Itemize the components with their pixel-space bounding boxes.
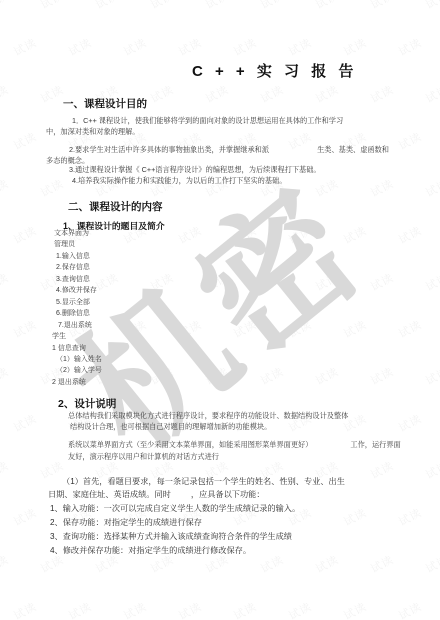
section1-heading: 一、课程设计目的	[63, 96, 147, 111]
menu-line: 2 退出系统	[52, 377, 102, 388]
paragraph-line: 2.要求学生对生活中许多具体的事物抽象出类，并掌握继承和派生类、基类、虚函数和	[69, 145, 389, 155]
paragraph-line: （1）首先，看题目要求，每一条记录包括一个学生的姓名、性别、专业、出生	[62, 476, 345, 487]
menu-line: 5.显示全部	[52, 297, 102, 308]
document-title: C + + 实 习 报 告	[192, 60, 357, 81]
paragraph-line: 3.通过课程设计掌握《 C++语言程序设计》的编程思想，为后续课程打下基础。	[69, 165, 321, 175]
paragraph-segment: ，应具备以下功能：	[191, 490, 265, 499]
paragraph-line: 友好，演示程序以用户和计算机的对话方式进行	[68, 452, 219, 462]
paragraph-line: 1．C++ 课程设计，使我们能够将学到的面向对象的设计思想运用在具体的工作和学习	[72, 116, 343, 126]
menu-line: 管理员	[52, 239, 102, 250]
paragraph-segment: 工作，运行界面	[350, 440, 400, 449]
section2-heading: 二、课程设计的内容	[68, 199, 163, 214]
paragraph-line: 1、输入功能：一次可以完成自定义学生人数的学生成绩记录的输入。	[50, 503, 300, 514]
menu-line: 文本界面为	[52, 228, 102, 239]
menu-line: 1 信息查询	[52, 343, 102, 354]
menu-line: 学生	[52, 331, 102, 342]
menu-line: 6.删除信息	[52, 308, 102, 319]
menu-line: 1.输入信息	[52, 251, 102, 262]
paragraph-segment: 2.要求学生对生活中许多具体的事物抽象出类，并掌握继承和派	[69, 145, 269, 154]
menu-outline: 文本界面为 管理员 1.输入信息 2.保存信息 3.查询信息 4.修改并保存 5…	[52, 228, 102, 388]
paragraph-segment: 日期、家庭住址、英语成绩。同时	[48, 490, 171, 499]
paragraph-segment: 系统以菜单界面方式（至少采用文本菜单界面，如能采用图形菜单界面更好）	[68, 440, 312, 449]
menu-line: （2）输入学号	[52, 365, 102, 376]
paragraph-line: 中，加深对类和对象的理解。	[46, 127, 139, 137]
paragraph-line: 日期、家庭住址、英语成绩。同时，应具备以下功能：	[48, 489, 265, 500]
paragraph-line: 总体结构我们采取模块化方式进行程序设计，要求程序的功能设计、数据结构设计及整体	[68, 411, 348, 421]
paragraph-line: 结构设计合理，也可根据自己对题目的理解增加新的功能模块。	[70, 422, 271, 432]
menu-line: （1）输入姓名	[52, 354, 102, 365]
paragraph-line: 4、修改并保存功能：对指定学生的成绩进行修改保存。	[50, 545, 251, 556]
subsection2-heading: 2、设计说明	[58, 396, 116, 411]
menu-line: 4.修改并保存	[52, 285, 102, 296]
paragraph-line: 系统以菜单界面方式（至少采用文本菜单界面，如能采用图形菜单界面更好）工作，运行界…	[68, 440, 401, 450]
paragraph-segment: 生类、基类、虚函数和	[317, 145, 389, 154]
paragraph-line: 4.培养我实际操作能力和实践能力，为以后的工作打下坚实的基础。	[72, 176, 286, 186]
menu-line: 2.保存信息	[52, 262, 102, 273]
paragraph-line: 3、查询功能：选择某种方式并输入该成绩查询符合条件的学生成绩	[50, 531, 292, 542]
document-page: 试读试读试读试读试读试读试读试读试读试读试读试读试读试读试读试读试读试读试读试读…	[0, 0, 440, 620]
paragraph-line: 2、保存功能：对指定学生的成绩进行保存	[50, 517, 202, 528]
menu-line: 3.查询信息	[52, 274, 102, 285]
document-content: C + + 实 习 报 告 一、课程设计目的 1．C++ 课程设计，使我们能够将…	[0, 0, 440, 620]
menu-line: 7.退出系统	[52, 320, 102, 331]
